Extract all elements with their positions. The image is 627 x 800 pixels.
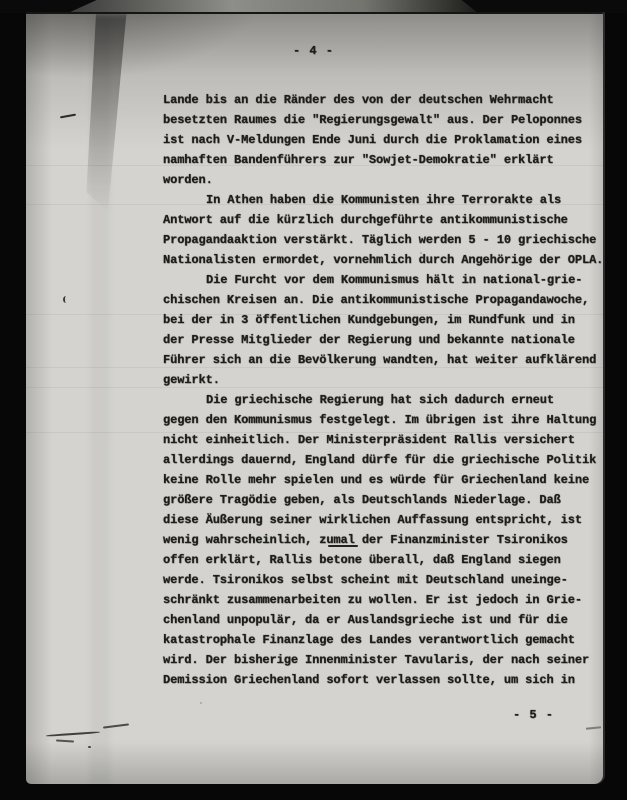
pencil-smudge bbox=[56, 739, 74, 742]
paragraph: Die Furcht vor dem Kommunismus hält in n… bbox=[163, 270, 609, 390]
ink-speck bbox=[300, 522, 302, 524]
vertical-fold-shadow bbox=[90, 14, 110, 784]
scanned-document: - 4 - Lande bis an die Ränder des von de… bbox=[0, 0, 627, 800]
page-number-header: - 4 - bbox=[293, 44, 334, 58]
paragraph: In Athen haben die Kommunisten ihre Terr… bbox=[163, 190, 609, 270]
ink-smudge bbox=[60, 114, 76, 119]
paragraph: Lande bis an die Ränder des von der deut… bbox=[163, 90, 609, 190]
paragraph: Die griechische Regierung hat sich dadur… bbox=[163, 390, 609, 690]
document-body: Lande bis an die Ränder des von der deut… bbox=[163, 90, 609, 690]
ink-speck bbox=[200, 702, 202, 704]
ink-smudge bbox=[63, 296, 69, 303]
document-page: - 4 - Lande bis an die Ränder des von de… bbox=[26, 12, 603, 784]
stray-overline-mark bbox=[328, 545, 358, 547]
page-number-footer: - 5 - bbox=[513, 708, 554, 722]
ink-speck bbox=[420, 252, 422, 254]
ink-speck bbox=[88, 746, 91, 748]
